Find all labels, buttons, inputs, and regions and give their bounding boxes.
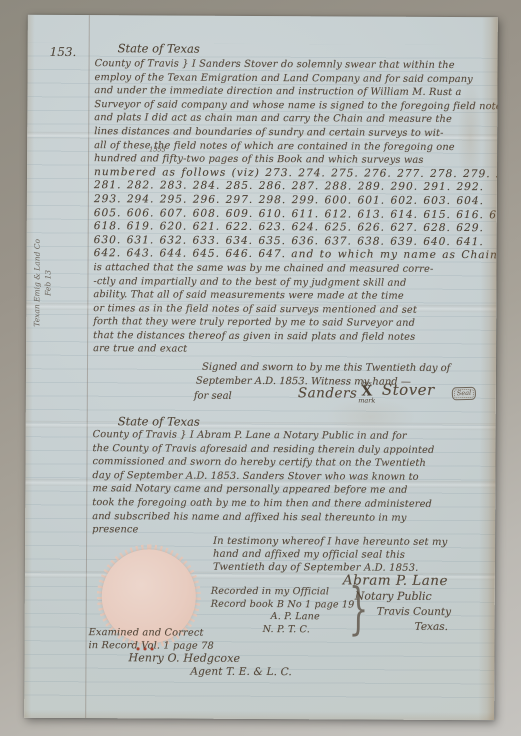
- jurat-for-seal: for seal: [194, 391, 232, 402]
- handwritten-line: and subscribed his name and affixed his …: [92, 510, 496, 526]
- mark-word: mark: [356, 397, 378, 403]
- notary-body: County of Travis } I Abram P. Lane a Not…: [92, 428, 497, 539]
- handwritten-line: Examined and Correct: [89, 627, 293, 641]
- document-page: 153. Texan Emig & Land Co Feb 13 State o…: [24, 15, 498, 720]
- notary-county: Travis County: [377, 606, 451, 618]
- handwritten-line: is attached that the same was by me chai…: [93, 261, 497, 277]
- handwritten-line: A. P. Lane: [211, 611, 355, 624]
- handwritten-line: Henry O. Hedgcoxe: [88, 652, 292, 666]
- handwritten-line: 293. 294. 295. 296. 297. 298. 299. 600. …: [94, 193, 498, 209]
- handwritten-line: Record book B No 1 page 19: [211, 598, 355, 611]
- photo-background: 153. Texan Emig & Land Co Feb 13 State o…: [0, 0, 521, 736]
- examination-note: Examined and Correctin Record Vol. 1 pag…: [88, 627, 292, 678]
- notary-state: Texas.: [415, 621, 448, 633]
- handwritten-line: Agent T. E. & L. C.: [88, 665, 292, 679]
- recorded-brace: }: [349, 576, 369, 641]
- jurat-line-1: Signed and sworn to by me this Twentieth…: [202, 362, 450, 374]
- seal-scroll-stamp: Seal: [452, 387, 477, 401]
- signature-first-name: Sanders: [298, 385, 358, 401]
- docket-line-2: Feb 13: [42, 208, 54, 358]
- signature-last-name: Stover: [382, 381, 435, 399]
- affidavit-body: County of Travis } I Sanders Stover do s…: [93, 57, 498, 358]
- affidavit-heading: State of Texas: [118, 41, 200, 55]
- handwritten-line: are true and exact: [93, 343, 497, 359]
- page-number: 153.: [50, 45, 77, 59]
- margin-docket-note: Texan Emig & Land Co Feb 13: [31, 208, 62, 358]
- testimony-block: In testimony whereof I have hereunto set…: [213, 535, 448, 576]
- handwritten-line: hand and affixed my official seal this: [213, 548, 447, 562]
- docket-line-1: Texan Emig & Land Co: [31, 208, 43, 358]
- handwritten-line: Recorded in my Official: [211, 586, 355, 599]
- notary-heading: State of Texas: [118, 414, 200, 428]
- his-x-mark: his X mark: [356, 381, 378, 403]
- handwritten-line: In testimony whereof I have hereunto set…: [213, 535, 447, 549]
